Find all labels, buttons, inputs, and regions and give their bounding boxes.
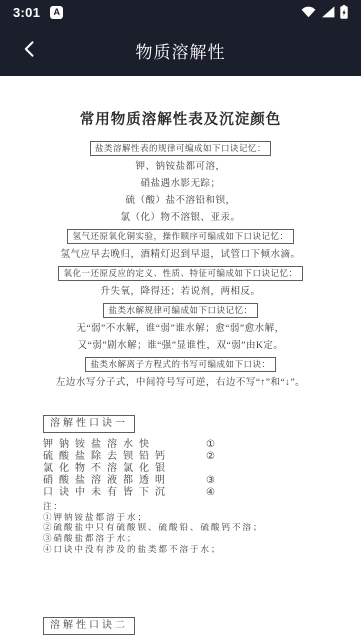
cellular-signal-icon — [321, 6, 335, 18]
wifi-icon — [301, 6, 316, 18]
section1-heading-row: 溶解性口诀一 — [43, 413, 361, 433]
boxed-heading: 盐类溶解性表的规律可编成如下口诀记忆： — [90, 141, 271, 156]
doc-line: 无“弱”不水解，谁“弱”谁水解；愈“弱”愈水解， — [76, 323, 284, 335]
doc-line: 又“弱”剧水解；谁“强”显谁性，双“弱”由K定。 — [78, 340, 284, 352]
note-line: ②硫酸盐中只有硫酸钡、硫酸铅、硫酸钙不溶； — [43, 522, 361, 533]
doc-line: 硝盐遇水影无踪； — [140, 178, 220, 190]
doc-line: 升失氧，降得还；若说剂，两相反。 — [100, 286, 260, 298]
section1-lines: 钾钠铵盐溶水快① 硫酸盐除去钡铅钙② 氯化物不溶氯化银 硝酸盐溶液都透明③ 口诀… — [43, 439, 361, 499]
battery-charging-icon — [340, 5, 348, 19]
app-bar: 物质溶解性 — [0, 24, 361, 76]
app-window: 3:01 A 物质溶解性 — [0, 0, 361, 643]
circled-number: ③ — [206, 475, 215, 486]
verse-line: 口诀中未有皆下沉④ — [43, 487, 361, 499]
doc-line: 钾、钠铵盐都可溶， — [135, 161, 225, 173]
circled-number: ① — [206, 439, 215, 450]
back-button[interactable] — [10, 24, 50, 76]
note-line: ③硝酸盐都溶于水； — [43, 533, 361, 544]
document-scroll-area[interactable]: 常用物质溶解性表及沉淀颜色 盐类溶解性表的规律可编成如下口诀记忆： 钾、钠铵盐都… — [0, 76, 361, 643]
verse-line: 钾钠铵盐溶水快① — [43, 439, 361, 451]
section1-heading: 溶解性口诀一 — [43, 415, 135, 433]
document-body: 盐类溶解性表的规律可编成如下口诀记忆： 钾、钠铵盐都可溶， 硝盐遇水影无踪； 硫… — [0, 141, 361, 389]
doc-line: 硫（酸）盐不溶铅和钡， — [125, 195, 235, 207]
document-title: 常用物质溶解性表及沉淀颜色 — [0, 110, 361, 130]
boxed-heading: 氧化一还原反应的定义、性质、特征可编成如下口诀记忆： — [58, 266, 302, 281]
circled-number: ④ — [206, 487, 215, 498]
verse-line: 氯化物不溶氯化银 — [43, 463, 361, 475]
back-chevron-icon — [20, 39, 40, 62]
ime-keyboard-icon: A — [50, 6, 63, 19]
boxed-heading: 氢气还原氧化铜实验，操作顺序可编成如下口诀记忆： — [67, 229, 293, 244]
section-koujue-1: 溶解性口诀一 钾钠铵盐溶水快① 硫酸盐除去钡铅钙② 氯化物不溶氯化银 硝酸盐溶液… — [43, 413, 361, 635]
note-line: ①钾钠铵盐都溶于水； — [43, 512, 361, 523]
page-title: 物质溶解性 — [0, 38, 361, 63]
section2-heading: 溶解性口诀二 — [43, 617, 135, 635]
verse-line: 硝酸盐溶液都透明③ — [43, 475, 361, 487]
status-bar-right — [301, 5, 348, 19]
status-bar-left: 3:01 A — [13, 5, 63, 20]
circled-number: ② — [206, 451, 215, 462]
note-line: ④口诀中没有涉及的盐类都不溶于水； — [43, 544, 361, 555]
doc-line: 左边水写分子式，中间符号写可逆，右边不写“↑”和“↓”。 — [56, 377, 305, 389]
section-koujue-2: 溶解性口诀二 — [43, 615, 361, 635]
doc-line: 氯（化）物不溶银、亚汞。 — [120, 212, 240, 224]
clock: 3:01 — [13, 5, 40, 20]
status-bar: 3:01 A — [0, 0, 361, 24]
boxed-heading: 盐类水解离子方程式的书写可编成如下口诀： — [85, 357, 275, 372]
boxed-heading: 盐类水解规律可编成如下口诀记忆： — [103, 303, 257, 318]
doc-line: 氢气应早去晚归，酒精灯迟到早退，试管口下倾水滴。 — [60, 249, 300, 261]
verse-line: 硫酸盐除去钡铅钙② — [43, 451, 361, 463]
notes-label: 注： — [43, 501, 361, 512]
